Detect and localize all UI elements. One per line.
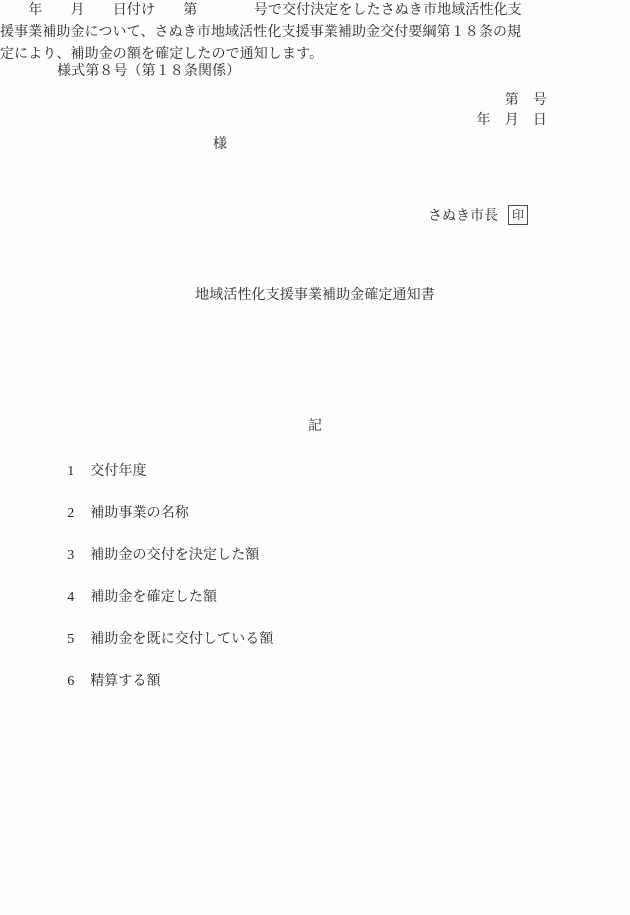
date-placeholder: 年 月 日 <box>477 113 548 129</box>
list-item: 6精算する額 <box>60 658 161 690</box>
list-item-label: 補助金の交付を決定した額 <box>90 548 259 563</box>
sender-row: さぬき市長 印 <box>428 205 528 225</box>
list-item-label: 精算する額 <box>90 674 161 689</box>
list-item: 3補助金の交付を決定した額 <box>60 532 259 564</box>
list-item-number: 3 <box>67 548 90 564</box>
list-item-number: 5 <box>67 632 90 648</box>
body-line: 定により、補助金の額を確定したので通知します。 <box>0 44 540 66</box>
body-line: 年 月 日付け 第 号で交付決定をしたさぬき市地域活性化支 <box>0 0 540 22</box>
list-item-number: 2 <box>67 506 90 522</box>
list-item-number: 4 <box>67 590 90 606</box>
list-item-label: 交付年度 <box>90 464 146 479</box>
body-line: 援事業補助金について、さぬき市地域活性化支援事業補助金交付要綱第１８条の規 <box>0 22 540 44</box>
list-item-label: 補助事業の名称 <box>90 506 189 521</box>
list-item: 1交付年度 <box>60 448 147 480</box>
sender-title: さぬき市長 <box>428 205 498 225</box>
list-item-label: 補助金を既に交付している額 <box>90 632 273 647</box>
list-item-number: 6 <box>67 674 90 690</box>
section-marker-ki: 記 <box>0 419 630 435</box>
list-item-label: 補助金を確定した額 <box>90 590 217 605</box>
list-item: 4補助金を確定した額 <box>60 574 217 606</box>
list-item: 2補助事業の名称 <box>60 490 189 522</box>
page-title: 地域活性化支援事業補助金確定通知書 <box>0 288 630 304</box>
list-item-number: 1 <box>67 464 90 480</box>
document-number-placeholder: 第 号 <box>505 93 547 109</box>
list-item: 5補助金を既に交付している額 <box>60 616 274 648</box>
seal-mark: 印 <box>508 205 528 225</box>
body-paragraph: 年 月 日付け 第 号で交付決定をしたさぬき市地域活性化支 援事業補助金について… <box>0 0 540 66</box>
form-number: 様式第８号（第１８条関係） <box>57 64 240 80</box>
document-page: { "document": { "form_number": "様式第８号（第１… <box>0 0 630 915</box>
addressee-suffix: 様 <box>213 137 227 153</box>
